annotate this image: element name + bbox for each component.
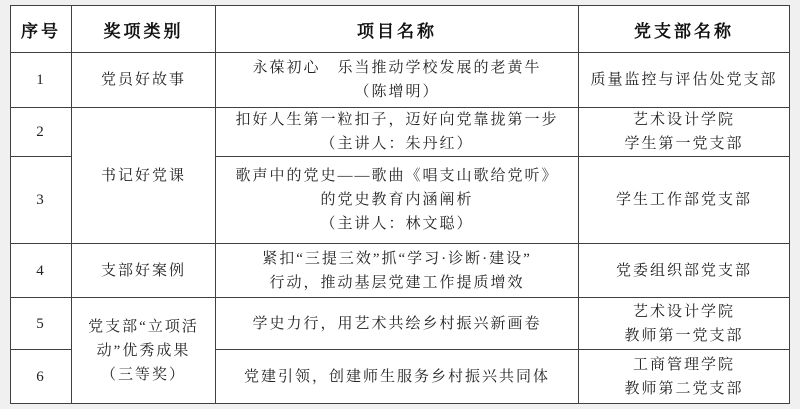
branch-line: 艺术设计学院 <box>583 300 785 324</box>
cell-project-5: 学史力行，用艺术共绘乡村振兴新画卷 <box>216 298 579 350</box>
cell-branch-6: 工商管理学院 教师第二党支部 <box>579 350 790 404</box>
branch-line: 艺术设计学院 <box>583 108 785 132</box>
table-row: 2 书记好党课 扣好人生第一粒扣子，迈好向党靠拢第一步 （主讲人：朱丹红） 艺术… <box>11 108 790 157</box>
cell-category-5-6: 党支部“立项活 动”优秀成果 （三等奖） <box>72 298 216 404</box>
cell-branch-5: 艺术设计学院 教师第一党支部 <box>579 298 790 350</box>
project-line: （陈增明） <box>220 80 574 104</box>
project-line: 行动，推动基层党建工作提质增效 <box>220 271 574 295</box>
branch-line: 教师第一党支部 <box>583 324 785 348</box>
category-line: 支部好案例 <box>76 259 211 283</box>
cell-no-3: 3 <box>11 157 72 244</box>
awards-table: 序号 奖项类别 项目名称 党支部名称 1 党员好故事 永葆初心 乐当推动学校发展… <box>10 5 790 404</box>
cell-no-4: 4 <box>11 244 72 298</box>
cell-project-6: 党建引领，创建师生服务乡村振兴共同体 <box>216 350 579 404</box>
branch-line: 质量监控与评估处党支部 <box>583 68 785 92</box>
cell-category-2-3: 书记好党课 <box>72 108 216 244</box>
cell-branch-2: 艺术设计学院 学生第一党支部 <box>579 108 790 157</box>
cell-category-1: 党员好故事 <box>72 53 216 108</box>
cell-no-2: 2 <box>11 108 72 157</box>
cell-branch-4: 党委组织部党支部 <box>579 244 790 298</box>
project-line: （主讲人：朱丹红） <box>220 132 574 156</box>
project-line: 扣好人生第一粒扣子，迈好向党靠拢第一步 <box>220 108 574 132</box>
category-line: 党员好故事 <box>76 68 211 92</box>
header-no: 序号 <box>11 6 72 53</box>
project-line: 紧扣“三提三效”抓“学习·诊断·建设” <box>220 247 574 271</box>
cell-category-4: 支部好案例 <box>72 244 216 298</box>
cell-branch-1: 质量监控与评估处党支部 <box>579 53 790 108</box>
cell-no-1: 1 <box>11 53 72 108</box>
page-background: 序号 奖项类别 项目名称 党支部名称 1 党员好故事 永葆初心 乐当推动学校发展… <box>0 0 800 409</box>
table-row: 4 支部好案例 紧扣“三提三效”抓“学习·诊断·建设” 行动，推动基层党建工作提… <box>11 244 790 298</box>
category-line: （三等奖） <box>76 363 211 387</box>
cell-project-3: 歌声中的党史——歌曲《唱支山歌给党听》 的党史教育内涵阐析 （主讲人：林文聪） <box>216 157 579 244</box>
category-line: 动”优秀成果 <box>76 339 211 363</box>
cell-no-6: 6 <box>11 350 72 404</box>
project-line: 党建引领，创建师生服务乡村振兴共同体 <box>220 365 574 389</box>
cell-project-2: 扣好人生第一粒扣子，迈好向党靠拢第一步 （主讲人：朱丹红） <box>216 108 579 157</box>
branch-line: 教师第二党支部 <box>583 377 785 401</box>
project-line: 学史力行，用艺术共绘乡村振兴新画卷 <box>220 312 574 336</box>
cell-no-5: 5 <box>11 298 72 350</box>
category-line: 书记好党课 <box>76 164 211 188</box>
table-header-row: 序号 奖项类别 项目名称 党支部名称 <box>11 6 790 53</box>
branch-line: 学生工作部党支部 <box>583 188 785 212</box>
table-row: 1 党员好故事 永葆初心 乐当推动学校发展的老黄牛 （陈增明） 质量监控与评估处… <box>11 53 790 108</box>
branch-line: 学生第一党支部 <box>583 132 785 156</box>
project-line: 永葆初心 乐当推动学校发展的老黄牛 <box>220 56 574 80</box>
header-category: 奖项类别 <box>72 6 216 53</box>
header-project: 项目名称 <box>216 6 579 53</box>
cell-project-1: 永葆初心 乐当推动学校发展的老黄牛 （陈增明） <box>216 53 579 108</box>
category-line: 党支部“立项活 <box>76 315 211 339</box>
branch-line: 党委组织部党支部 <box>583 259 785 283</box>
project-line: （主讲人：林文聪） <box>220 212 574 236</box>
cell-project-4: 紧扣“三提三效”抓“学习·诊断·建设” 行动，推动基层党建工作提质增效 <box>216 244 579 298</box>
table-row: 5 党支部“立项活 动”优秀成果 （三等奖） 学史力行，用艺术共绘乡村振兴新画卷… <box>11 298 790 350</box>
branch-line: 工商管理学院 <box>583 353 785 377</box>
cell-branch-3: 学生工作部党支部 <box>579 157 790 244</box>
header-branch: 党支部名称 <box>579 6 790 53</box>
project-line: 的党史教育内涵阐析 <box>220 188 574 212</box>
project-line: 歌声中的党史——歌曲《唱支山歌给党听》 <box>220 164 574 188</box>
